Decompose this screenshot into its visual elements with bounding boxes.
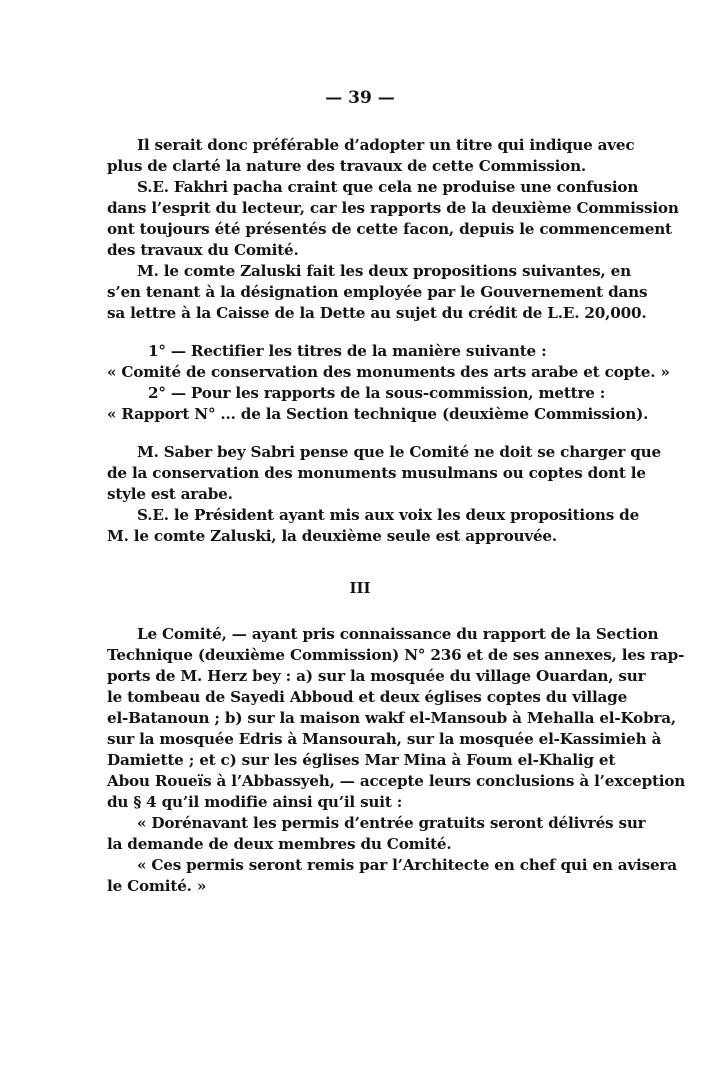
section-heading: III [0, 579, 720, 597]
text-line: dans l’esprit du lecteur, car les rappor… [107, 198, 610, 219]
text-line: « Dorénavant les permis d’entrée gratuit… [137, 813, 610, 834]
text-line: M. le comte Zaluski, la deuxième seule e… [107, 526, 610, 547]
text-line: Le Comité, — ayant pris connaissance du … [137, 624, 610, 645]
text-line: des travaux du Comité. [107, 240, 610, 261]
text-line: du § 4 qu’il modifie ainsi qu’il suit : [107, 792, 610, 813]
text-line: Il serait donc préférable d’adopter un t… [137, 135, 610, 156]
text-line: style est arabe. [107, 484, 610, 505]
proposal-1-line: 1° — Rectifier les titres de la manière … [148, 341, 610, 362]
text-line: la demande de deux membres du Comité. [107, 834, 610, 855]
text-line: s’en tenant à la désignation employée pa… [107, 282, 610, 303]
proposal-1-title: « Comité de conservation des monuments d… [107, 362, 610, 383]
text-line: sur la mosquée Edris à Mansourah, sur la… [107, 729, 610, 750]
text-line: le Comité. » [107, 876, 610, 897]
text-line: sa lettre à la Caisse de la Dette au suj… [107, 303, 610, 324]
proposal-2-title: « Rapport N° ... de la Section technique… [107, 404, 610, 425]
text-line: plus de clarté la nature des travaux de … [107, 156, 610, 177]
text-line: Abou Roueïs à l’Abbassyeh, — accepte leu… [107, 771, 610, 792]
text-line: ont toujours été présentés de cette faco… [107, 219, 610, 240]
text-line: S.E. le Président ayant mis aux voix les… [137, 505, 610, 526]
text-line: S.E. Fakhri pacha craint que cela ne pro… [137, 177, 610, 198]
proposal-2-line: 2° — Pour les rapports de la sous-commis… [148, 383, 610, 404]
text-line: ports de M. Herz bey : a) sur la mosquée… [107, 666, 610, 687]
text-line: Damiette ; et c) sur les églises Mar Min… [107, 750, 610, 771]
text-line: de la conservation des monuments musulma… [107, 463, 610, 484]
page-number: — 39 — [0, 88, 720, 108]
text-line: M. le comte Zaluski fait les deux propos… [137, 261, 610, 282]
text-line: Technique (deuxième Commission) N° 236 e… [107, 645, 610, 666]
text-line: M. Saber bey Sabri pense que le Comité n… [137, 442, 610, 463]
text-line: « Ces permis seront remis par l’Architec… [137, 855, 610, 876]
text-line: el-Batanoun ; b) sur la maison wakf el-M… [107, 708, 610, 729]
text-line: le tombeau de Sayedi Abboud et deux égli… [107, 687, 610, 708]
